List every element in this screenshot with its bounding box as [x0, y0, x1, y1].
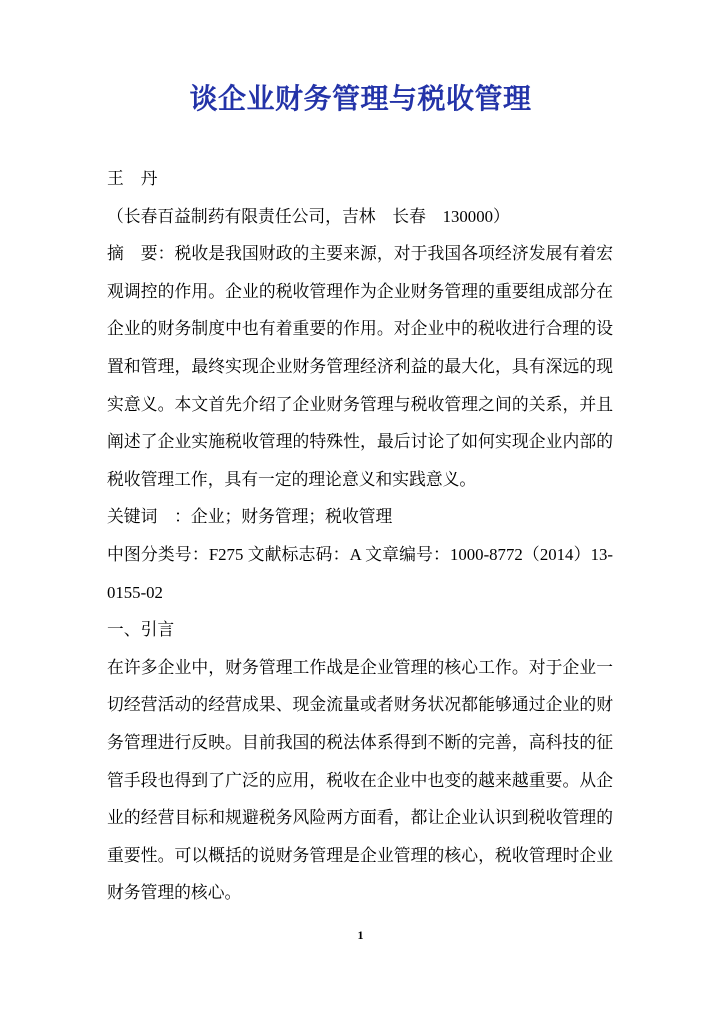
document-title: 谈企业财务管理与税收管理	[0, 0, 721, 118]
classification-line: 中图分类号：F275 文献标志码：A 文章编号：1000-8772（2014）1…	[107, 536, 613, 611]
document-page: 谈企业财务管理与税收管理 王 丹 （长春百益制药有限责任公司，吉林 长春 130…	[0, 0, 721, 1020]
document-body: 王 丹 （长春百益制药有限责任公司，吉林 长春 130000） 摘 要：税收是我…	[107, 160, 613, 912]
page-number: 1	[0, 926, 721, 944]
section-heading-introduction: 一、引言	[107, 611, 613, 649]
affiliation-line: （长春百益制药有限责任公司，吉林 长春 130000）	[107, 198, 613, 236]
abstract-paragraph: 摘 要：税收是我国财政的主要来源，对于我国各项经济发展有着宏观调控的作用。企业的…	[107, 235, 613, 498]
keywords-line: 关键词 ：企业；财务管理；税收管理	[107, 498, 613, 536]
introduction-paragraph: 在许多企业中，财务管理工作战是企业管理的核心工作。对于企业一切经营活动的经营成果…	[107, 649, 613, 912]
author-line: 王 丹	[107, 160, 613, 198]
